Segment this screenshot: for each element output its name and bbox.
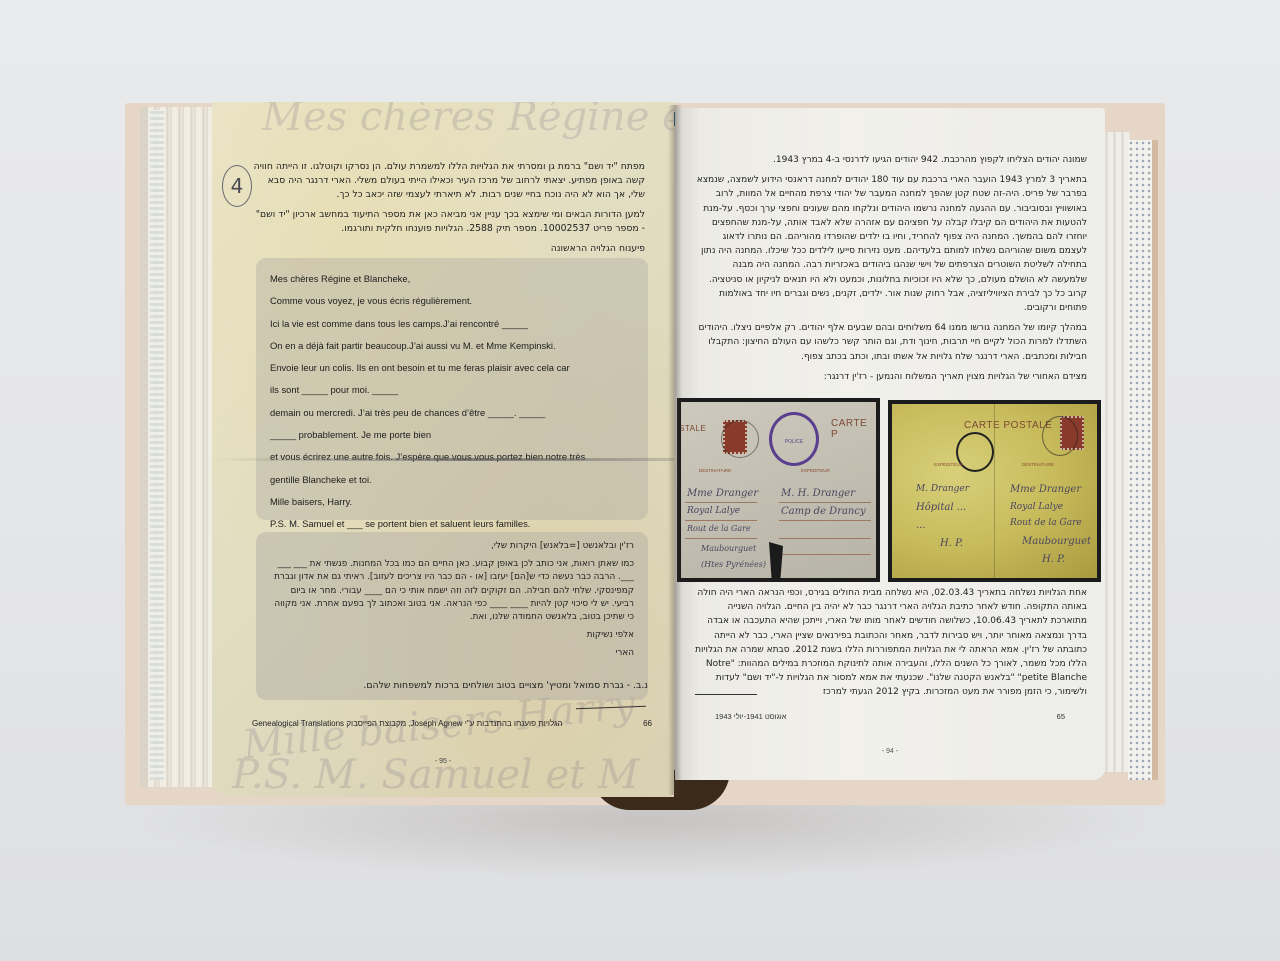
letter-line: demain ou mercredi. J’ai très peu de cha… bbox=[270, 402, 634, 424]
french-letter-box: Mes chères Régine et Blancheke, Comme vo… bbox=[256, 258, 648, 520]
handwritten-address: Mme Dranger bbox=[687, 488, 758, 499]
right-page: שמונה יהודים הצליחו לקפוץ מהרכבת. 942 יה… bbox=[675, 108, 1105, 780]
letter-line: Mes chères Régine et Blancheke, bbox=[270, 268, 634, 290]
postmark-icon bbox=[1042, 416, 1078, 456]
handwritten-address: Royal Lalye bbox=[1010, 502, 1063, 512]
postcard-label: DESTINATAIRE bbox=[1022, 462, 1054, 467]
hebrew-letter-box: רז'ין ובלאנשט [=בלאנש] היקרות שלי, כמו ש… bbox=[256, 532, 648, 700]
letter-heading: פיענוח הגלויה הראשונה bbox=[250, 242, 645, 256]
left-page: Mes chères Régine et Blanche Mille baise… bbox=[212, 102, 674, 797]
margin-mark: 4 bbox=[222, 165, 252, 207]
postcard-image-2: CARTE POSTALE EXPÉDITEUR DESTINATAIRE M.… bbox=[888, 400, 1101, 582]
page-number: - 95 - bbox=[212, 758, 674, 765]
paragraph: מצידם האחורי של הגלויות מצוין תאריך המשל… bbox=[695, 370, 1087, 384]
handwritten-address: Rout de la Gare bbox=[1010, 518, 1082, 528]
footnote-text: הגלויות פוענחו בהתנדבות ע"י Joseph Agnew… bbox=[252, 719, 563, 728]
footnote-number: 66 bbox=[643, 719, 652, 728]
letter-closing: אלפי נשיקות bbox=[270, 629, 634, 642]
body-text: שמונה יהודים הצליחו לקפוץ מהרכבת. 942 יה… bbox=[695, 153, 1087, 390]
endpaper-right bbox=[1128, 140, 1158, 780]
letter-body: כמו שאתן רואות, אני כותב לכן באופן קבוע.… bbox=[270, 558, 634, 624]
postcard-label: EXPÉDITEUR bbox=[934, 462, 963, 467]
letter-line: Ici la vie est comme dans tous les camps… bbox=[270, 313, 634, 335]
handwritten-address: Maubourguet bbox=[701, 544, 756, 553]
paper-fold-crease bbox=[212, 458, 674, 461]
handwritten-address: Rout de la Gare bbox=[687, 524, 751, 533]
intro-paragraph: מפתח "יד ושם" ברמת גן ומסרתי את הגלויות … bbox=[250, 160, 645, 202]
intro-paragraph: למען הדורות הבאים ומי שימצא בכך עניין אנ… bbox=[250, 208, 645, 236]
paragraph: שמונה יהודים הצליחו לקפוץ מהרכבת. 942 יה… bbox=[695, 153, 1087, 167]
postcard-images: CARTE P STALE POLICE DESTINATAIRE EXPÉDI… bbox=[675, 398, 1105, 583]
postcard-title-fragment: STALE bbox=[681, 424, 706, 433]
book-gutter bbox=[668, 105, 682, 795]
handwritten-address: Hôpital ... bbox=[916, 502, 966, 513]
postcard-label: DESTINATAIRE bbox=[699, 468, 731, 473]
torn-corner bbox=[769, 542, 783, 578]
intro-text: מפתח "יד ושם" ברמת גן ומסרתי את הגלויות … bbox=[250, 160, 645, 262]
letter-signature: הארי bbox=[270, 647, 634, 660]
body-text-after-images: אחת הגלויות נשלחה בתאריך 02.03.43, היא נ… bbox=[695, 586, 1087, 700]
handwritten-address: H. P. bbox=[940, 538, 963, 549]
handwritten-address: Camp de Drancy bbox=[781, 506, 866, 517]
footer-page-number: 65 bbox=[1057, 712, 1065, 721]
postcard-label: EXPÉDITEUR bbox=[801, 468, 830, 473]
postmark-icon bbox=[721, 420, 759, 458]
letter-line: ils sont _____ pour moi. _____ bbox=[270, 379, 634, 401]
handwritten-address: Royal Lalye bbox=[687, 506, 740, 516]
letter-line: gentille Blancheke et toi. bbox=[270, 469, 634, 491]
handwritten-address: Mme Dranger bbox=[1010, 484, 1081, 495]
handwritten-address: M. H. Dranger bbox=[781, 488, 855, 499]
letter-line: Envoie leur un colis. Ils en ont besoin … bbox=[270, 357, 634, 379]
paragraph: בתאריך 3 למרץ 1943 הועבר הארי ברכבת עם ע… bbox=[695, 173, 1087, 315]
letter-line: Mille baisers, Harry. bbox=[270, 491, 634, 513]
police-postmark-icon: POLICE bbox=[769, 412, 819, 466]
handwritten-address: H. P. bbox=[1042, 554, 1065, 565]
postcard-title: CARTE POSTALE bbox=[964, 420, 1052, 431]
letter-line: On en a déjà fait partir beaucoup.J’ai a… bbox=[270, 335, 634, 357]
footnote-rule bbox=[695, 694, 757, 695]
background-handwriting: Mes chères Régine et Blanche bbox=[262, 102, 674, 140]
letter-postscript: נ.ב. - גברת סמואל ומטיץ' מצויים בטוב ושו… bbox=[256, 679, 648, 693]
endpaper-left bbox=[150, 110, 164, 780]
running-title: אוגוסט 1941-יולי 1943 bbox=[715, 712, 786, 721]
footnote: הגלויות פוענחו בהתנדבות ע"י Joseph Agnew… bbox=[252, 719, 652, 728]
handwritten-address: Maubourguet bbox=[1022, 536, 1091, 547]
handwritten-address: (Htes Pyrénées) bbox=[701, 560, 766, 569]
letter-greeting: רז'ין ובלאנשט [=בלאנש] היקרות שלי, bbox=[270, 540, 634, 553]
postcard-fold bbox=[994, 404, 995, 578]
postcard-title: CARTE P bbox=[831, 418, 876, 440]
page-number: - 94 - bbox=[675, 748, 1105, 755]
running-footer: אוגוסט 1941-יולי 1943 65 bbox=[715, 712, 1065, 721]
postcard-image-1: CARTE P STALE POLICE DESTINATAIRE EXPÉDI… bbox=[677, 398, 880, 582]
letter-line: _____ probablement. Je me porte bien bbox=[270, 424, 634, 446]
letter-line: Comme vous voyez, je vous écris régulièr… bbox=[270, 290, 634, 312]
handwritten-address: ... bbox=[916, 520, 926, 531]
paragraph: במהלך קיומו של המחנה גורשו ממנו 64 משלוח… bbox=[695, 321, 1087, 364]
paragraph: אחת הגלויות נשלחה בתאריך 02.03.43, היא נ… bbox=[695, 586, 1087, 700]
handwritten-address: M. Dranger bbox=[916, 484, 969, 494]
